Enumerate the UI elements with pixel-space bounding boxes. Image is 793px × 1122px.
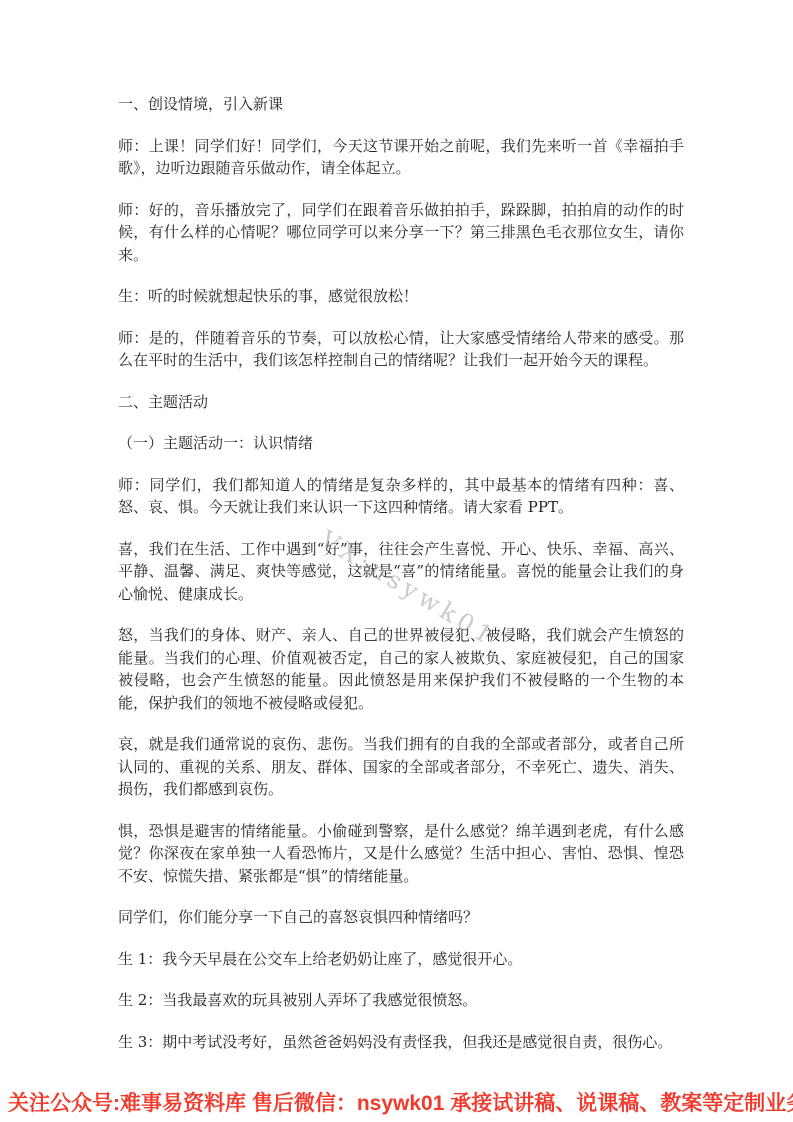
student-1-dialogue: 生 1：我今天早晨在公交车上给老奶奶让座了，感觉很开心。 (118, 948, 684, 971)
section-heading-2: 二、主题活动 (118, 391, 684, 414)
section-heading-1: 一、创设情境，引入新课 (118, 93, 684, 116)
teacher-dialogue-music: 师：好的，音乐播放完了，同学们在跟着音乐做拍拍手，跺跺脚，拍拍肩的动作的时候，有… (118, 199, 684, 267)
body-paragraph-sadness: 哀，就是我们通常说的哀伤、悲伤。当我们拥有的自我的全部或者部分，或者自己所认同的… (118, 733, 684, 801)
teacher-dialogue-intro: 师：上课！同学们好！同学们，今天这节课开始之前呢，我们先来听一首《幸福拍手歌》，… (118, 135, 684, 180)
subsection-heading-activity-1: （一）主题活动一：认识情绪 (118, 432, 684, 455)
teacher-dialogue-transition: 师：是的，伴随着音乐的节奏，可以放松心情，让大家感受情绪给人带来的感受。那么在平… (118, 327, 684, 372)
student-3-dialogue: 生 3：期中考试没考好，虽然爸爸妈妈没有责怪我，但我还是感觉很自责，很伤心。 (118, 1031, 684, 1054)
student-2-dialogue: 生 2：当我最喜欢的玩具被别人弄坏了我感觉很愤怒。 (118, 989, 684, 1012)
body-paragraph-joy: 喜，我们在生活、工作中遇到“好”事，往往会产生喜悦、开心、快乐、幸福、高兴、平静… (118, 538, 684, 606)
document-page: 一、创设情境，引入新课 师：上课！同学们好！同学们，今天这节课开始之前呢，我们先… (0, 0, 793, 1122)
lesson-script-body: 一、创设情境，引入新课 师：上课！同学们好！同学们，今天这节课开始之前呢，我们先… (118, 93, 684, 1072)
teacher-dialogue-four-emotions: 师：同学们，我们都知道人的情绪是复杂多样的，其中最基本的情绪有四种：喜、怒、哀、… (118, 474, 684, 519)
body-paragraph-anger: 怒，当我们的身体、财产、亲人、自己的世界被侵犯、被侵略，我们就会产生愤怒的能量。… (118, 624, 684, 714)
body-paragraph-fear: 惧，恐惧是避害的情绪能量。小偷碰到警察，是什么感觉？绵羊遇到老虎，有什么感觉？你… (118, 820, 684, 888)
promo-footer-text: 关注公众号:难事易资料库 售后微信：nsywk01 承接试讲稿、说课稿、教案等定… (8, 1090, 793, 1118)
teacher-question-share: 同学们，你们能分享一下自己的喜怒哀惧四种情绪吗？ (118, 906, 684, 929)
student-dialogue-relaxed: 生：听的时候就想起快乐的事，感觉很放松！ (118, 285, 684, 308)
